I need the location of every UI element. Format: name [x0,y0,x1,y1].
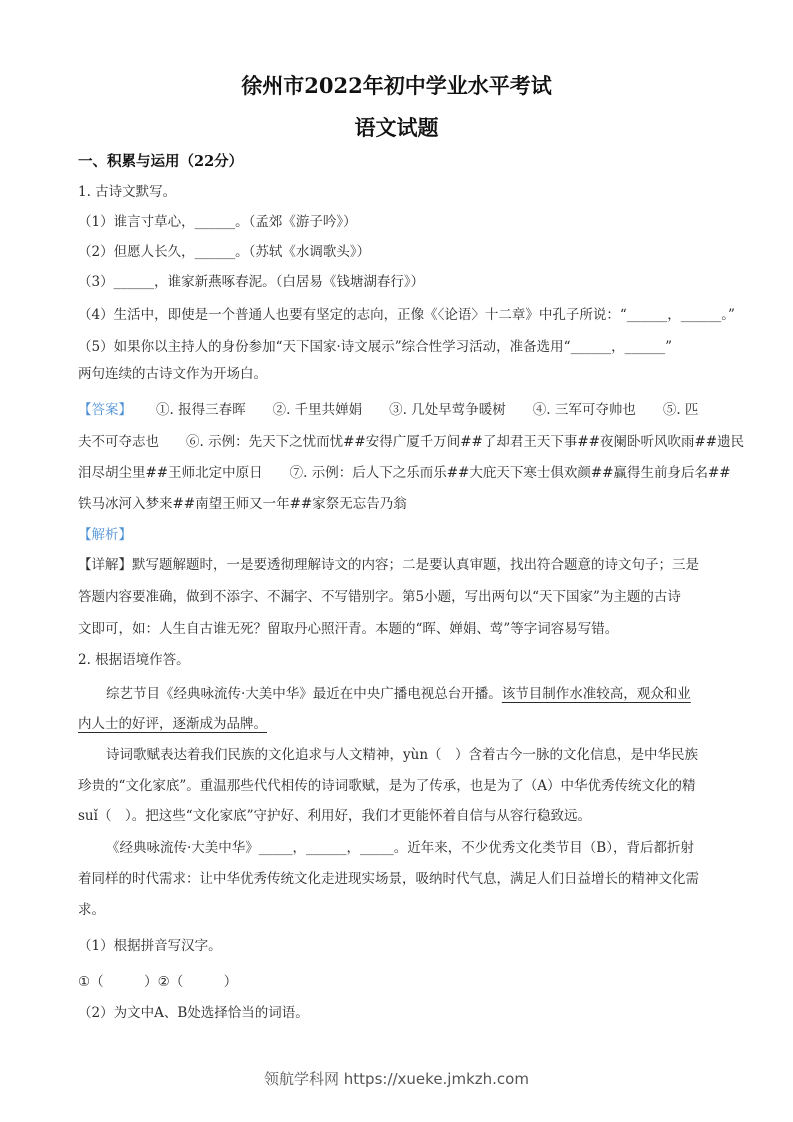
q1-stem: 1. 古诗文默写。 [78,182,176,202]
exam-title: 徐州市2022年初中学业水平考试 [0,70,793,100]
answer-line-4: 铁马冰河入梦来##南望王师又一年##家祭无忘告乃翁 [78,494,407,514]
q2-para3-line2: 着同样的时代需求：让中华优秀传统文化走进现实场景，吸纳时代气息，满足人们日益增长… [78,869,699,889]
q2-para3-line1: 《经典咏流传·大美中华》_____，______，_____。近年来，不少优秀文… [106,838,694,858]
q2-para2-line3: suǐ（ ）。把这些“文化家底”守护好、利用好，我们才更能怀着自信与从容行稳致远… [78,806,591,826]
answer-line-3: 泪尽胡尘里##王师北定中原日 ⑦. 示例：后人下之乐而乐##大庇天下寒士俱欢颜#… [78,463,731,483]
q1-item-1: （1）谁言寸草心，______。（孟郊《游子吟》） [78,212,357,232]
analysis-label: 【解析】 [78,525,132,545]
q1-item-4: （4）生活中，即使是一个普通人也要有坚定的志向，正像《〈论语〉十二章》中孔子所说… [78,305,735,325]
q2-para3-line3: 求。 [78,900,105,920]
q1-item-5-cont: 两句连续的古诗文作为开场白。 [78,364,267,384]
answer-line-2: 夫不可夺志也 ⑥. 示例：先天下之忧而忧##安得广厦千万间##了却君王天下事##… [78,432,744,452]
answer-label: 【答案】 [78,402,132,418]
q1-item-3: （3）______，谁家新燕啄春泥。（白居易《钱塘湖春行》） [78,272,424,292]
underlined-sentence: 该节目制作水准较高，观众和业 [502,686,691,702]
detail-line-3: 文即可，如：人生自古谁无死？留取丹心照汗青。本题的“晖、婵娟、莺”等字词容易写错… [78,619,618,639]
q2-sub2: （2）为文中A、B处选择恰当的词语。 [78,1003,309,1023]
footer-watermark: 领航学科网 https://xueke.jmkzh.com [0,1068,793,1089]
answer-line-1: 【答案】①. 报得三春晖 ②. 千里共婵娟 ③. 几处早莺争暖树 ④. 三军可夺… [78,400,698,420]
q2-sub1: （1）根据拼音写汉字。 [78,936,222,956]
q2-para1-line2: 内人士的好评，逐渐成为品牌。 [78,714,267,734]
q2-para1-line1: 综艺节目《经典咏流传·大美中华》最近在中央广播电视总台开播。该节目制作水准较高，… [106,684,691,704]
detail-line-2: 答题内容要准确，做到不添字、不漏字、不写错别字。第5小题，写出两句以“天下国家”… [78,587,681,607]
q2-para2-line2: 珍贵的“文化家底”。重温那些代代相传的诗词歌赋，是为了传承，也是为了（A）中华优… [78,776,696,796]
section-heading: 一、积累与运用（22分） [78,152,243,172]
q2-para2-line1: 诗词歌赋表达着我们民族的文化追求与人文精神，yùn（ ）含着古今一脉的文化信息，… [106,745,698,765]
exam-page: 徐州市2022年初中学业水平考试 语文试题 一、积累与运用（22分） 1. 古诗… [0,0,793,1122]
q1-item-5: （5）如果你以主持人的身份参加“天下国家·诗文展示”综合性学习活动，准备选用“_… [78,337,672,357]
q1-item-2: （2）但愿人长久，______。（苏轼《水调歌头》） [78,242,370,262]
detail-line-1: 【详解】默写题解题时，一是要透彻理解诗文的内容；二是要认真审题，找出符合题意的诗… [78,555,699,575]
q2-sub1-blanks: ①（ ）②（ ） [78,972,237,992]
q2-stem: 2. 根据语境作答。 [78,650,190,670]
exam-subtitle: 语文试题 [0,112,793,142]
